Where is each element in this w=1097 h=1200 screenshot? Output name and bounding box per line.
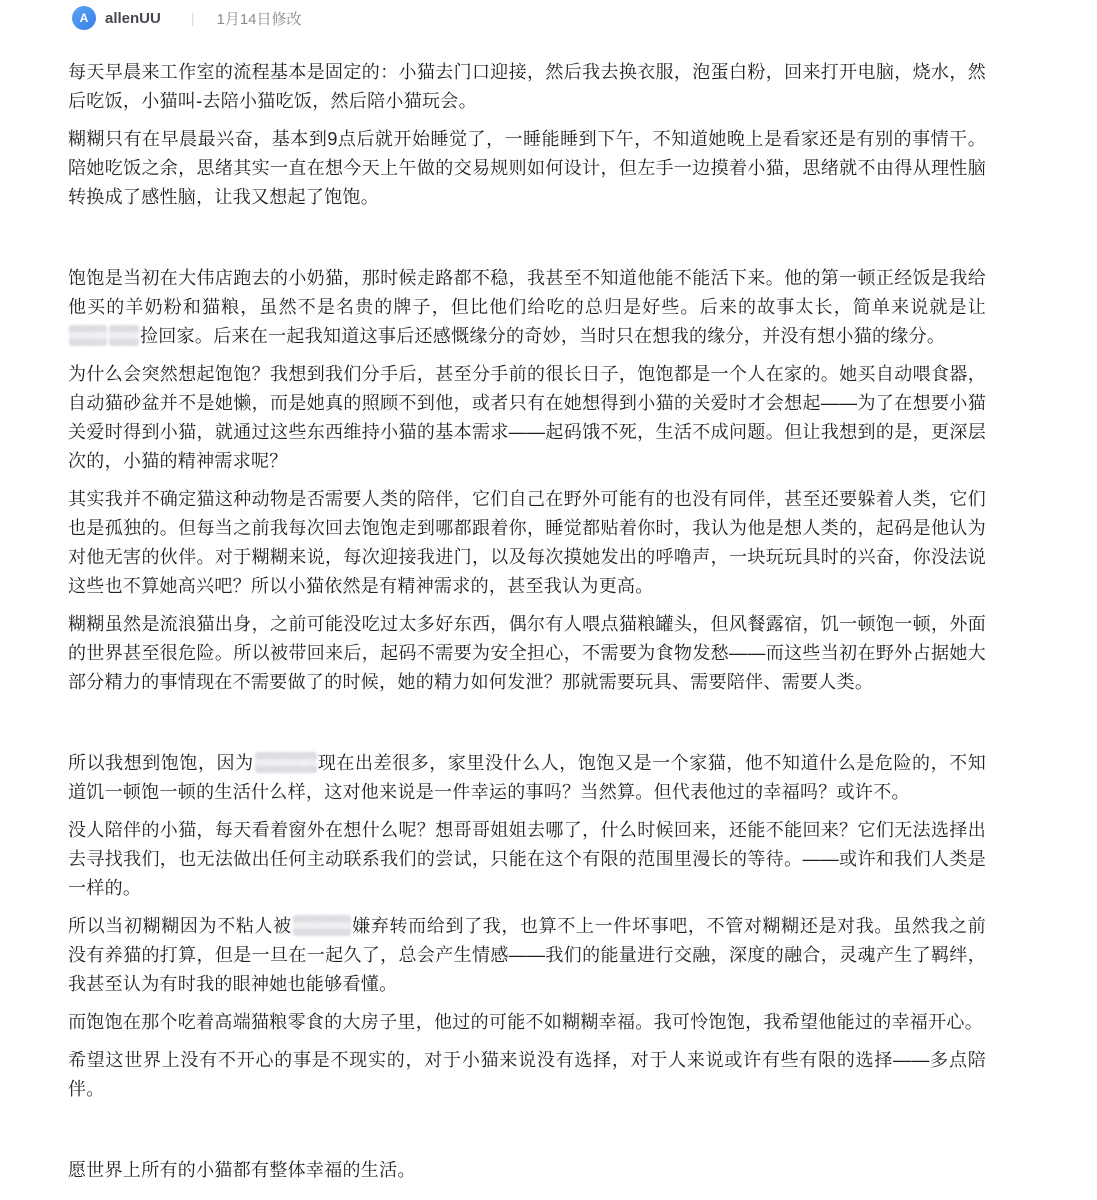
- paragraph-text: 所以当初糊糊因为不粘人被: [68, 916, 292, 936]
- paragraph: 愿世界上所有的小猫都有整体幸福的生活。: [68, 1156, 986, 1185]
- paragraph-text: 糊糊只有在早晨最兴奋，基本到9点后就开始睡觉了，一睡能睡到下午，不知道她晚上是看…: [68, 129, 986, 207]
- paragraph: 其实我并不确定猫这种动物是否需要人类的陪伴，它们自己在野外可能有的也没有同伴，甚…: [68, 485, 986, 601]
- paragraph-text: 希望这世界上没有不开心的事是不现实的，对于小猫来说没有选择，对于人来说或许有些有…: [68, 1050, 986, 1099]
- paragraph-text: 为什么会突然想起饱饱？我想到我们分手后，甚至分手前的很长日子，饱饱都是一个人在家…: [68, 364, 986, 471]
- paragraph-text: 捡回家。后来在一起我知道这事后还感慨缘分的奇妙，当时只在想我的缘分，并没有想小猫…: [140, 326, 945, 346]
- redacted-name-blur: [293, 915, 351, 936]
- paragraph: 糊糊只有在早晨最兴奋，基本到9点后就开始睡觉了，一睡能睡到下午，不知道她晚上是看…: [68, 125, 986, 212]
- redacted-name-blur: [109, 325, 139, 346]
- paragraph-text: 其实我并不确定猫这种动物是否需要人类的陪伴，它们自己在野外可能有的也没有同伴，甚…: [68, 489, 986, 596]
- paragraph: 没人陪伴的小猫，每天看着窗外在想什么呢？想哥哥姐姐去哪了，什么时候回来，还能不能…: [68, 816, 986, 903]
- avatar[interactable]: A: [72, 6, 96, 30]
- paragraph-text: 每天早晨来工作室的流程基本是固定的：小猫去门口迎接，然后我去换衣服，泡蛋白粉，回…: [68, 62, 986, 111]
- paragraph: 所以当初糊糊因为不粘人被嫌弃转而给到了我，也算不上一件坏事吧，不管对糊糊还是对我…: [68, 912, 986, 999]
- paragraph: 每天早晨来工作室的流程基本是固定的：小猫去门口迎接，然后我去换衣服，泡蛋白粉，回…: [68, 58, 986, 116]
- document-page: A allenUU | 1月14日修改 每天早晨来工作室的流程基本是固定的：小猫…: [0, 0, 1097, 1200]
- post-header: A allenUU | 1月14日修改: [72, 6, 302, 30]
- paragraph-text: 没人陪伴的小猫，每天看着窗外在想什么呢？想哥哥姐姐去哪了，什么时候回来，还能不能…: [68, 820, 986, 898]
- paragraph-text: 愿世界上所有的小猫都有整体幸福的生活。: [68, 1160, 416, 1180]
- edit-date-label: 1月14日修改: [217, 8, 302, 29]
- paragraph: 所以我想到饱饱，因为现在出差很多，家里没什么人，饱饱又是一个家猫，他不知道什么是…: [68, 749, 986, 807]
- paragraph-text: 饱饱是当初在大伟店跑去的小奶猫，那时候走路都不稳，我甚至不知道他能不能活下来。他…: [68, 268, 986, 317]
- paragraph-text: 所以我想到饱饱，因为: [68, 753, 254, 773]
- header-divider: |: [191, 10, 195, 26]
- paragraph: 而饱饱在那个吃着高端猫粮零食的大房子里，他过的可能不如糊糊幸福。我可怜饱饱，我希…: [68, 1008, 986, 1037]
- paragraph: 糊糊虽然是流浪猫出身，之前可能没吃过太多好东西，偶尔有人喂点猫粮罐头，但风餐露宿…: [68, 610, 986, 697]
- redacted-name-blur: [255, 752, 317, 773]
- paragraph: 希望这世界上没有不开心的事是不现实的，对于小猫来说没有选择，对于人来说或许有些有…: [68, 1046, 986, 1104]
- username[interactable]: allenUU: [105, 10, 161, 27]
- paragraph-text: 糊糊虽然是流浪猫出身，之前可能没吃过太多好东西，偶尔有人喂点猫粮罐头，但风餐露宿…: [68, 614, 986, 692]
- article-body: 每天早晨来工作室的流程基本是固定的：小猫去门口迎接，然后我去换衣服，泡蛋白粉，回…: [68, 58, 986, 1194]
- avatar-letter: A: [80, 11, 89, 25]
- paragraph: 饱饱是当初在大伟店跑去的小奶猫，那时候走路都不稳，我甚至不知道他能不能活下来。他…: [68, 264, 986, 351]
- redacted-name-blur: [69, 325, 107, 346]
- paragraph: 为什么会突然想起饱饱？我想到我们分手后，甚至分手前的很长日子，饱饱都是一个人在家…: [68, 360, 986, 476]
- paragraph-text: 而饱饱在那个吃着高端猫粮零食的大房子里，他过的可能不如糊糊幸福。我可怜饱饱，我希…: [68, 1012, 983, 1032]
